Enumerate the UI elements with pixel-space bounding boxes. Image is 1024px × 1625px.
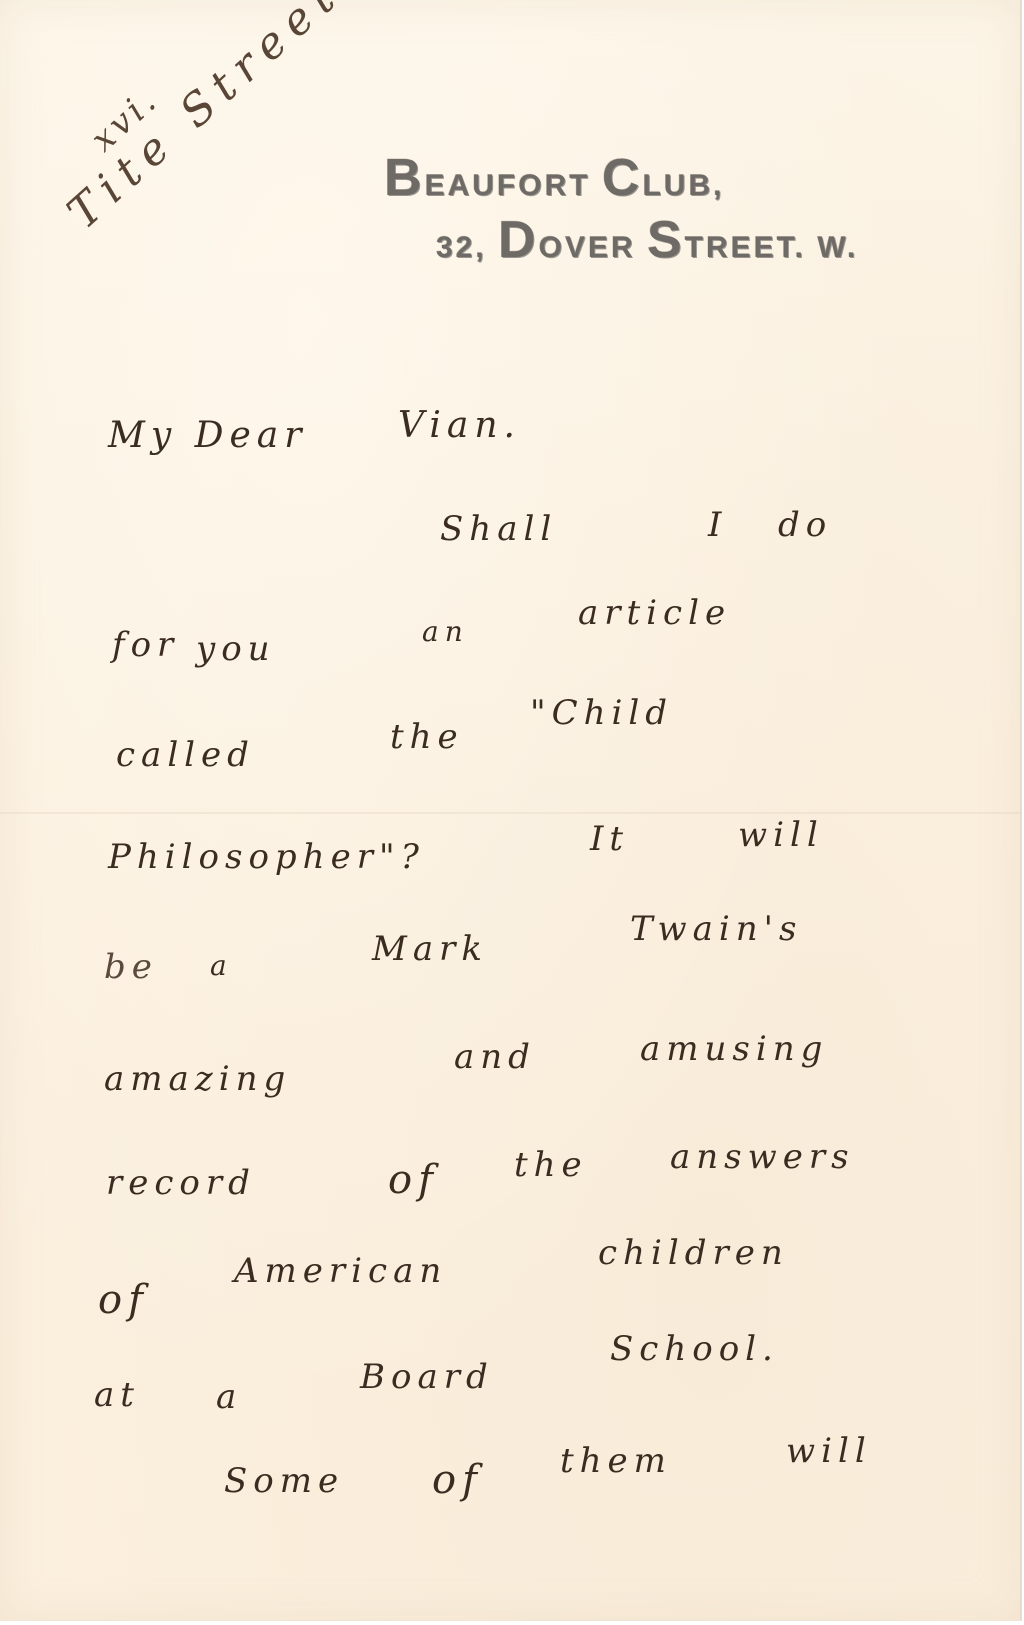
body-word: of xyxy=(388,1160,439,1200)
body-word: article xyxy=(578,596,731,630)
body-word: Board xyxy=(360,1360,494,1394)
body-word: American xyxy=(234,1254,447,1288)
body-word: them xyxy=(560,1444,672,1478)
body-word: amazing xyxy=(104,1062,291,1096)
body-word: I xyxy=(708,508,727,542)
body-word: be xyxy=(104,950,158,984)
body-word: for xyxy=(112,628,179,662)
body-word: Some xyxy=(224,1464,344,1498)
body-word: a xyxy=(210,952,233,980)
body-word: the xyxy=(390,720,464,754)
body-word: School. xyxy=(610,1332,779,1366)
body-word: children xyxy=(598,1236,789,1270)
body-word: do xyxy=(778,508,832,542)
body-word: record xyxy=(106,1166,256,1200)
body-word: will xyxy=(738,818,824,852)
body-word: of xyxy=(98,1280,149,1320)
body-word: "Child xyxy=(530,696,673,730)
letter-body: My Dear Vian. Shall I do for you an arti… xyxy=(0,0,1020,1620)
body-word: a xyxy=(216,1380,242,1414)
body-word: the xyxy=(514,1148,588,1182)
body-word: and xyxy=(454,1040,536,1074)
body-word: Shall xyxy=(440,512,557,546)
body-word: called xyxy=(116,738,255,772)
body-word: amusing xyxy=(640,1032,828,1066)
body-word: Twain's xyxy=(630,912,802,946)
body-word: Mark xyxy=(372,932,488,966)
body-word: answers xyxy=(670,1140,855,1174)
body-word: will xyxy=(786,1434,872,1468)
body-word: of xyxy=(432,1460,483,1500)
body-word: at xyxy=(94,1378,140,1412)
body-word: you xyxy=(196,632,276,666)
salutation-my-dear: My Dear xyxy=(108,418,307,454)
body-word: It xyxy=(590,822,629,856)
salutation-name: Vian. xyxy=(398,408,521,444)
body-word: Philosopher"? xyxy=(108,840,425,874)
body-word: an xyxy=(422,618,469,646)
letter-paper: xvi. Tite Street BEAUFORT CLUB, 32, DOVE… xyxy=(0,0,1022,1621)
